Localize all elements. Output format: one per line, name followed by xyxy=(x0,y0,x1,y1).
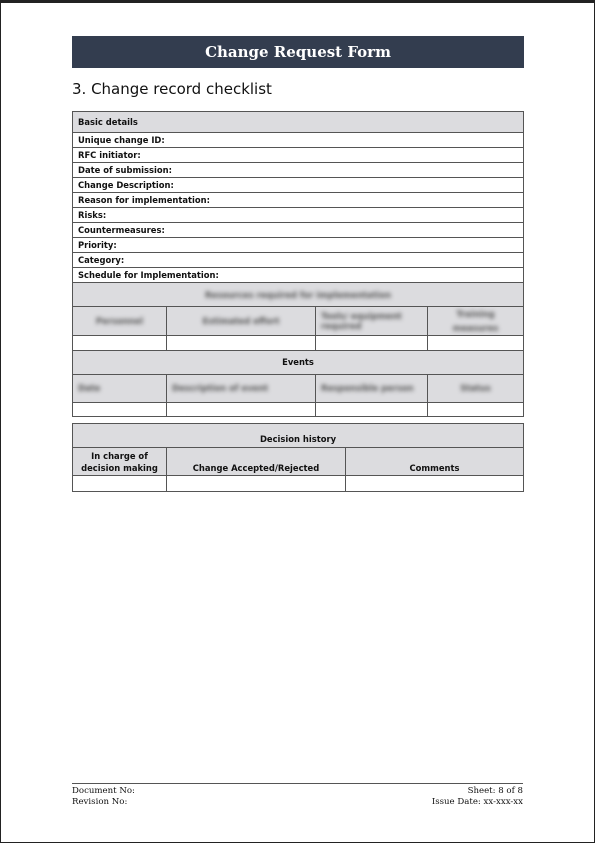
events-cell-1[interactable] xyxy=(73,402,167,417)
issue-date: Issue Date: xx-xxx-xx xyxy=(432,797,523,808)
col-comments: Comments xyxy=(346,448,524,476)
col-personnel: Personnel xyxy=(73,307,167,336)
cell-estimated-effort[interactable] xyxy=(167,336,316,351)
basic-details-heading: Basic details xyxy=(73,112,524,133)
decision-history-heading: Decision history xyxy=(73,424,524,448)
field-countermeasures[interactable]: Countermeasures: xyxy=(73,223,524,238)
field-category[interactable]: Category: xyxy=(73,253,524,268)
col-in-charge: In charge of decision making xyxy=(73,448,167,476)
cell-tools[interactable] xyxy=(316,336,428,351)
field-rfc-initiator[interactable]: RFC initiator: xyxy=(73,148,524,163)
form-title: Change Request Form xyxy=(205,43,391,61)
events-col-1: Date xyxy=(73,374,167,402)
col-training-measures: Training measures xyxy=(428,307,524,336)
decision-cell-in-charge[interactable] xyxy=(73,476,167,492)
document-no: Document No: xyxy=(72,786,135,797)
decision-history-table: Decision history In charge of decision m… xyxy=(72,423,524,492)
col-change-accepted-rejected: Change Accepted/Rejected xyxy=(167,448,346,476)
cell-personnel[interactable] xyxy=(73,336,167,351)
events-cell-4[interactable] xyxy=(428,402,524,417)
events-heading: Events xyxy=(73,350,524,374)
decision-cell-comments[interactable] xyxy=(346,476,524,492)
events-col-2: Description of event xyxy=(167,374,316,402)
events-cell-3[interactable] xyxy=(316,402,428,417)
decision-cell-accepted[interactable] xyxy=(167,476,346,492)
field-schedule-for-implementation[interactable]: Schedule for Implementation: xyxy=(73,268,524,283)
cell-training[interactable] xyxy=(428,336,524,351)
resources-heading: Resources required for implementation xyxy=(73,283,524,307)
events-cell-2[interactable] xyxy=(167,402,316,417)
events-col-4: Status xyxy=(428,374,524,402)
col-tools-equipment: Tools/ equipment required xyxy=(316,307,428,336)
change-record-table: Basic details Unique change ID: RFC init… xyxy=(72,111,524,417)
events-col-3: Responsible person xyxy=(316,374,428,402)
col-estimated-effort: Estimated effort xyxy=(167,307,316,336)
sheet-number: Sheet: 8 of 8 xyxy=(432,786,523,797)
field-change-description[interactable]: Change Description: xyxy=(73,178,524,193)
field-unique-change-id[interactable]: Unique change ID: xyxy=(73,133,524,148)
section-title: 3. Change record checklist xyxy=(72,80,272,98)
field-risks[interactable]: Risks: xyxy=(73,208,524,223)
form-title-banner: Change Request Form xyxy=(72,36,524,68)
field-priority[interactable]: Priority: xyxy=(73,238,524,253)
field-date-of-submission[interactable]: Date of submission: xyxy=(73,163,524,178)
field-reason-for-implementation[interactable]: Reason for implementation: xyxy=(73,193,524,208)
revision-no: Revision No: xyxy=(72,797,135,808)
footer-divider xyxy=(72,783,523,784)
